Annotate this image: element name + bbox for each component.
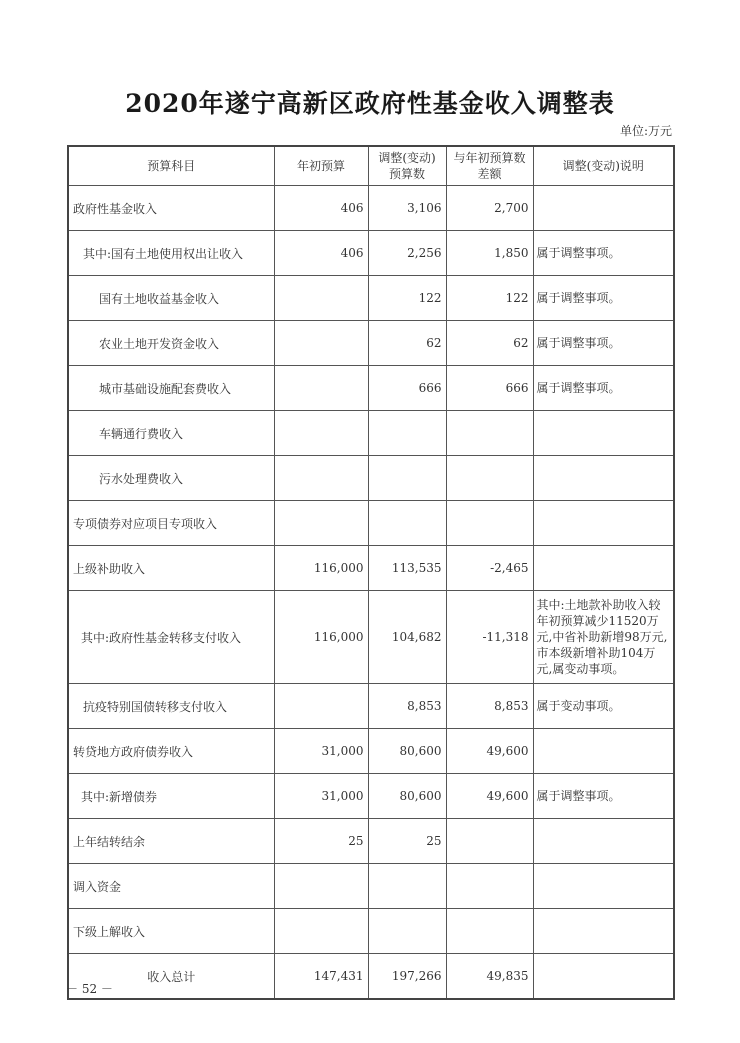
table-row: 污水处理费收入 — [68, 456, 674, 501]
row-adjusted: 25 — [368, 819, 446, 864]
row-adjusted: 104,682 — [368, 591, 446, 684]
table-row: 其中:新增债券 31,000 80,600 49,600 属于调整事项。 — [68, 774, 674, 819]
row-note — [533, 909, 674, 954]
table-row: 城市基础设施配套费收入 666 666 属于调整事项。 — [68, 366, 674, 411]
row-adjusted: 8,853 — [368, 684, 446, 729]
row-note: 属于变动事项。 — [533, 684, 674, 729]
row-diff — [446, 456, 533, 501]
row-diff — [446, 909, 533, 954]
table-row: 抗疫特别国债转移支付收入 8,853 8,853 属于变动事项。 — [68, 684, 674, 729]
table-row: 下级上解收入 — [68, 909, 674, 954]
row-item: 政府性基金收入 — [68, 186, 274, 231]
row-initial — [274, 501, 368, 546]
table-row: 车辆通行费收入 — [68, 411, 674, 456]
table-row: 国有土地收益基金收入 122 122 属于调整事项。 — [68, 276, 674, 321]
row-diff: 49,835 — [446, 954, 533, 1000]
row-initial: 116,000 — [274, 591, 368, 684]
table-row: 上年结转结余 25 25 — [68, 819, 674, 864]
row-note — [533, 954, 674, 1000]
row-item: 抗疫特别国债转移支付收入 — [68, 684, 274, 729]
row-diff: 62 — [446, 321, 533, 366]
row-note — [533, 864, 674, 909]
row-adjusted — [368, 909, 446, 954]
table-row: 其中:政府性基金转移支付收入 116,000 104,682 -11,318 其… — [68, 591, 674, 684]
row-note — [533, 729, 674, 774]
row-item: 车辆通行费收入 — [68, 411, 274, 456]
unit-label: 单位:万元 — [620, 122, 672, 139]
row-diff: 122 — [446, 276, 533, 321]
row-adjusted: 122 — [368, 276, 446, 321]
table-row: 转贷地方政府债券收入 31,000 80,600 49,600 — [68, 729, 674, 774]
header-note: 调整(变动)说明 — [533, 146, 674, 186]
row-item: 专项债券对应项目专项收入 — [68, 501, 274, 546]
row-item: 其中:国有土地使用权出让收入 — [68, 231, 274, 276]
row-note: 属于调整事项。 — [533, 276, 674, 321]
row-initial: 147,431 — [274, 954, 368, 1000]
row-diff — [446, 501, 533, 546]
table-total-row: 收入总计 147,431 197,266 49,835 — [68, 954, 674, 1000]
page-title: 2020年遂宁高新区政府性基金收入调整表 — [0, 84, 740, 120]
row-adjusted: 2,256 — [368, 231, 446, 276]
table-row: 上级补助收入 116,000 113,535 -2,465 — [68, 546, 674, 591]
row-adjusted: 197,266 — [368, 954, 446, 1000]
row-note: 属于调整事项。 — [533, 366, 674, 411]
row-item: 其中:新增债券 — [68, 774, 274, 819]
row-item: 调入资金 — [68, 864, 274, 909]
row-note: 属于调整事项。 — [533, 321, 674, 366]
row-adjusted — [368, 501, 446, 546]
row-note — [533, 546, 674, 591]
header-item: 预算科目 — [68, 146, 274, 186]
row-initial — [274, 456, 368, 501]
row-note: 其中:土地款补助收入较年初预算减少11520万元,中省补助新增98万元,市本级新… — [533, 591, 674, 684]
row-item: 下级上解收入 — [68, 909, 274, 954]
row-item: 其中:政府性基金转移支付收入 — [68, 591, 274, 684]
row-diff: -11,318 — [446, 591, 533, 684]
row-adjusted: 113,535 — [368, 546, 446, 591]
row-item: 国有土地收益基金收入 — [68, 276, 274, 321]
header-initial-budget: 年初预算 — [274, 146, 368, 186]
row-adjusted: 3,106 — [368, 186, 446, 231]
page-number: － 52 － — [66, 980, 113, 997]
row-initial: 31,000 — [274, 729, 368, 774]
table-row: 其中:国有土地使用权出让收入 406 2,256 1,850 属于调整事项。 — [68, 231, 674, 276]
row-diff — [446, 864, 533, 909]
row-item: 农业土地开发资金收入 — [68, 321, 274, 366]
row-item: 污水处理费收入 — [68, 456, 274, 501]
header-difference: 与年初预算数差额 — [446, 146, 533, 186]
row-initial — [274, 909, 368, 954]
row-initial: 31,000 — [274, 774, 368, 819]
row-diff: 49,600 — [446, 729, 533, 774]
row-item: 上年结转结余 — [68, 819, 274, 864]
table-header-row: 预算科目 年初预算 调整(变动)预算数 与年初预算数差额 调整(变动)说明 — [68, 146, 674, 186]
row-diff: 8,853 — [446, 684, 533, 729]
row-diff: 666 — [446, 366, 533, 411]
row-note — [533, 186, 674, 231]
row-initial: 406 — [274, 231, 368, 276]
row-initial: 25 — [274, 819, 368, 864]
table-row: 专项债券对应项目专项收入 — [68, 501, 674, 546]
row-note — [533, 456, 674, 501]
row-initial — [274, 411, 368, 456]
table-row: 调入资金 — [68, 864, 674, 909]
row-note — [533, 411, 674, 456]
row-adjusted: 62 — [368, 321, 446, 366]
row-note: 属于调整事项。 — [533, 231, 674, 276]
table-row: 农业土地开发资金收入 62 62 属于调整事项。 — [68, 321, 674, 366]
row-adjusted: 80,600 — [368, 729, 446, 774]
row-diff: 2,700 — [446, 186, 533, 231]
table-row: 政府性基金收入 406 3,106 2,700 — [68, 186, 674, 231]
row-item: 城市基础设施配套费收入 — [68, 366, 274, 411]
row-initial — [274, 321, 368, 366]
row-initial — [274, 366, 368, 411]
row-diff: 49,600 — [446, 774, 533, 819]
row-adjusted: 666 — [368, 366, 446, 411]
row-adjusted — [368, 411, 446, 456]
row-note: 属于调整事项。 — [533, 774, 674, 819]
row-note — [533, 501, 674, 546]
row-diff — [446, 819, 533, 864]
row-item: 上级补助收入 — [68, 546, 274, 591]
row-diff: 1,850 — [446, 231, 533, 276]
row-adjusted: 80,600 — [368, 774, 446, 819]
row-item: 转贷地方政府债券收入 — [68, 729, 274, 774]
fund-revenue-table: 预算科目 年初预算 调整(变动)预算数 与年初预算数差额 调整(变动)说明 政府… — [67, 145, 675, 1000]
row-initial — [274, 864, 368, 909]
row-initial: 116,000 — [274, 546, 368, 591]
row-initial — [274, 276, 368, 321]
row-diff — [446, 411, 533, 456]
row-initial: 406 — [274, 186, 368, 231]
row-initial — [274, 684, 368, 729]
row-diff: -2,465 — [446, 546, 533, 591]
row-note — [533, 819, 674, 864]
row-adjusted — [368, 456, 446, 501]
row-adjusted — [368, 864, 446, 909]
header-adjusted-budget: 调整(变动)预算数 — [368, 146, 446, 186]
